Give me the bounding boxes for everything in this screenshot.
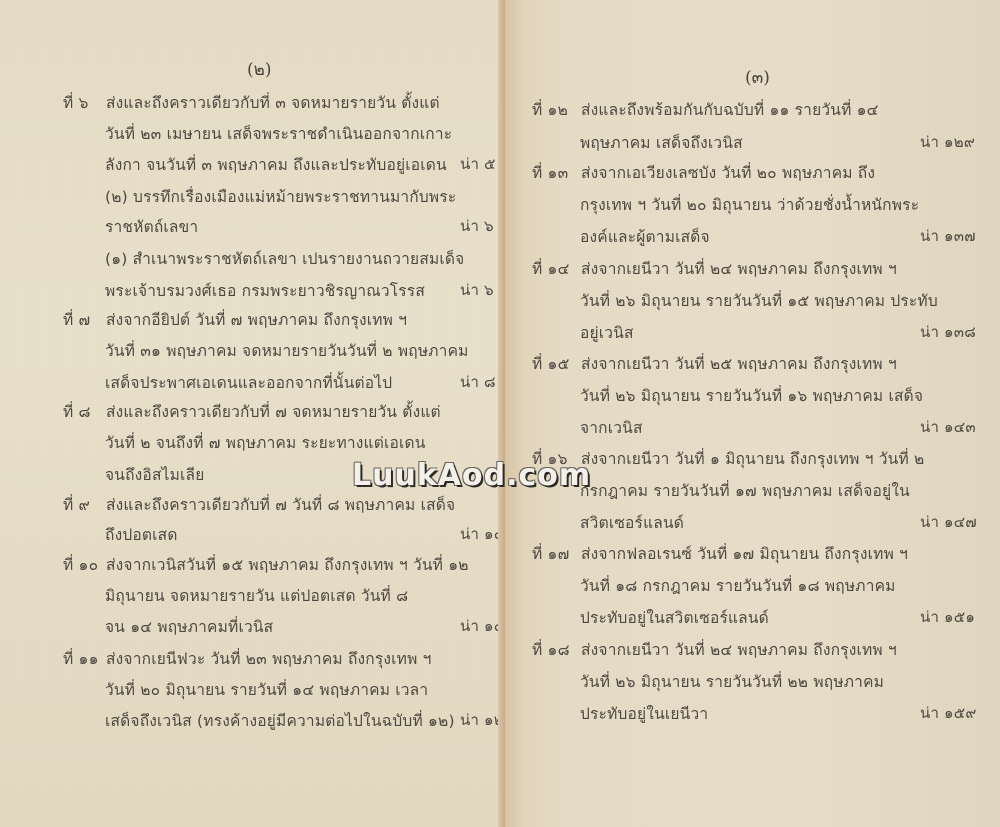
entry-line: ส่งจากเยนีวา วันที่ ๒๔ พฤษภาคม ถึงกรุงเท… <box>581 256 897 281</box>
page-reference: น่า ๑๒๙ <box>920 130 975 154</box>
entry-line: ลังกา จนวันที่ ๓ พฤษภาคม ถึงและประทับอยู… <box>105 152 447 177</box>
entry-line: วันที่ ๓๑ พฤษภาคม จดหมายรายวันวันที่ ๒ พ… <box>105 338 469 363</box>
entry-line: ประทับอยู่ในเยนีวา <box>580 701 708 726</box>
entry-line: พฤษภาคม เสด็จถึงเวนิส <box>580 130 743 155</box>
entry-number: ที่ ๑๕ <box>532 351 570 376</box>
page-number: (๒) <box>247 56 271 83</box>
entry-line: องค์และผู้ตามเสด็จ <box>580 224 710 249</box>
entry-number: ที่ ๖ <box>63 90 89 115</box>
entry-line: วันที่ ๒๖ มิถุนายน รายวันวันที่ ๑๕ พฤษภา… <box>580 288 938 313</box>
page-reference: น่า ๑๓๗ <box>920 224 976 248</box>
entry-line: ส่งจากเยนีวา วันที่ ๑ มิถุนายน ถึงกรุงเท… <box>581 446 924 471</box>
watermark-text: LuukAod.com <box>352 458 591 493</box>
entry-line: วันที่ ๒๖ มิถุนายน รายวันวันที่ ๒๒ พฤษภา… <box>580 669 884 694</box>
entry-line: ส่งและถึงคราวเดียวกับที่ ๓ จดหมายรายวัน … <box>106 90 440 115</box>
page-reference: น่า ๑๓๘ <box>920 320 976 344</box>
entry-line: เสด็จถึงเวนิส (ทรงค้างอยู่มีความต่อไปในฉ… <box>105 708 455 733</box>
entry-line: ส่งและถึงพร้อมกันกับฉบับที่ ๑๑ รายวันที่… <box>581 97 879 122</box>
entry-line: ส่งจากเอเวียงเลซบัง วันที่ ๒๐ พฤษภาคม ถึ… <box>581 160 875 185</box>
entry-line: กรกฎาคม รายวันวันที่ ๑๗ พฤษภาคม เสด็จอยู… <box>580 478 910 503</box>
page-reference: น่า ๑๕๑ <box>920 605 975 629</box>
entry-number: ที่ ๑๑ <box>63 646 99 671</box>
entry-line: ส่งจากเยนีวา วันที่ ๒๕ พฤษภาคม ถึงกรุงเท… <box>581 351 897 376</box>
entry-line: เสด็จประพาศเอเดนและออกจากที่นั้นต่อไป <box>105 370 392 395</box>
entry-line: ราชหัตถ์เลขา <box>105 214 198 239</box>
entry-line: ประทับอยู่ในสวิตเซอร์แลนด์ <box>580 605 769 630</box>
page-reference: น่า ๘ <box>460 370 496 394</box>
entry-number: ที่ ๑๗ <box>532 541 569 566</box>
page-reference: น่า ๑๐ <box>460 614 503 638</box>
entry-line: วันที่ ๑๘ กรกฎาคม รายวันวันที่ ๑๘ พฤษภาค… <box>580 573 896 598</box>
entry-line: สวิตเซอร์แลนด์ <box>580 510 684 535</box>
entry-line: ส่งจากอียิปต์ วันที่ ๗ พฤษภาคม ถึงกรุงเท… <box>106 307 407 332</box>
right-page: (๓) ที่ ๑๒ ส่งและถึงพร้อมกันกับฉบับที่ ๑… <box>505 0 1000 827</box>
entry-line: มิถุนายน จดหมายรายวัน แต่ปอตเสด วันที่ ๘ <box>105 583 408 608</box>
entry-line: (๒) บรรทึกเรื่องเมืองแม่หม้ายพระราชทานมา… <box>105 184 456 209</box>
entry-line: ถึงปอตเสด <box>105 522 178 547</box>
entry-number: ที่ ๗ <box>63 307 90 332</box>
page-reference: น่า ๑๕๙ <box>920 701 977 725</box>
entry-number: ที่ ๑๓ <box>532 160 568 185</box>
entry-line: อยู่เวนิส <box>580 320 634 345</box>
page-reference: น่า ๑๐ <box>460 522 503 546</box>
entry-line: จนถึงอิสไมเลีย <box>105 462 205 487</box>
entry-line: ส่งจากเยนีวา วันที่ ๒๔ พฤษภาคม ถึงกรุงเท… <box>581 637 897 662</box>
entry-number: ที่ ๑๔ <box>532 256 570 281</box>
entry-line: กรุงเทพ ฯ วันที่ ๒๐ มิถุนายน ว่าด้วยชั่ง… <box>580 192 919 217</box>
entry-line: ส่งจากฟลอเรนซ์ วันที่ ๑๗ มิถุนายน ถึงกรุ… <box>581 541 908 566</box>
entry-line: วันที่ ๒๓ เมษายน เสด็จพระราชดำเนินออกจาก… <box>105 121 452 146</box>
entry-line: ส่งและถึงคราวเดียวกับที่ ๗ วันที่ ๘ พฤษภ… <box>106 492 455 517</box>
entry-number: ที่ ๑๘ <box>532 637 570 662</box>
entry-line: วันที่ ๒๖ มิถุนายน รายวันวันที่ ๑๖ พฤษภา… <box>580 383 923 408</box>
entry-number: ที่ ๘ <box>63 399 91 424</box>
entry-line: (๑) สำเนาพระราชหัตถ์เลขา เปนรายงานถวายสม… <box>105 246 464 271</box>
page-number: (๓) <box>745 64 770 91</box>
entry-line: วันที่ ๒ จนถึงที่ ๗ พฤษภาคม ระยะทางแต่เอ… <box>105 430 426 455</box>
page-reference: น่า ๑๔๗ <box>920 510 977 534</box>
page-reference: น่า ๕ <box>460 152 496 176</box>
entry-line: พระเจ้าบรมวงศ์เธอ กรมพระยาวชิรญาณวโรรส <box>105 278 425 303</box>
left-page: (๒) ที่ ๖ ส่งและถึงคราวเดียวกับที่ ๓ จดห… <box>0 0 505 827</box>
entry-line: ส่งจากเยนีฟวะ วันที่ ๒๓ พฤษภาคม ถึงกรุงเ… <box>106 646 432 671</box>
page-reference: น่า ๖ <box>460 278 494 302</box>
entry-line: ส่งจากเวนิสวันที่ ๑๕ พฤษภาคม ถึงกรุงเทพ … <box>106 552 469 577</box>
entry-number: ที่ ๑๐ <box>63 552 98 577</box>
entry-number: ที่ ๙ <box>63 492 90 517</box>
page-reference: น่า ๖ <box>460 214 494 238</box>
entry-number: ที่ ๑๒ <box>532 97 568 122</box>
entry-line: จน ๑๔ พฤษภาคมที่เวนิส <box>105 614 273 639</box>
entry-line: ส่งและถึงคราวเดียวกับที่ ๗ จดหมายรายวัน … <box>106 399 441 424</box>
entry-line: จากเวนิส <box>580 415 643 440</box>
entry-line: วันที่ ๒๐ มิถุนายน รายวันที่ ๑๔ พฤษภาคม … <box>105 677 428 702</box>
book-spread: (๒) ที่ ๖ ส่งและถึงคราวเดียวกับที่ ๓ จดห… <box>0 0 1000 827</box>
page-reference: น่า ๑๔๓ <box>920 415 976 439</box>
